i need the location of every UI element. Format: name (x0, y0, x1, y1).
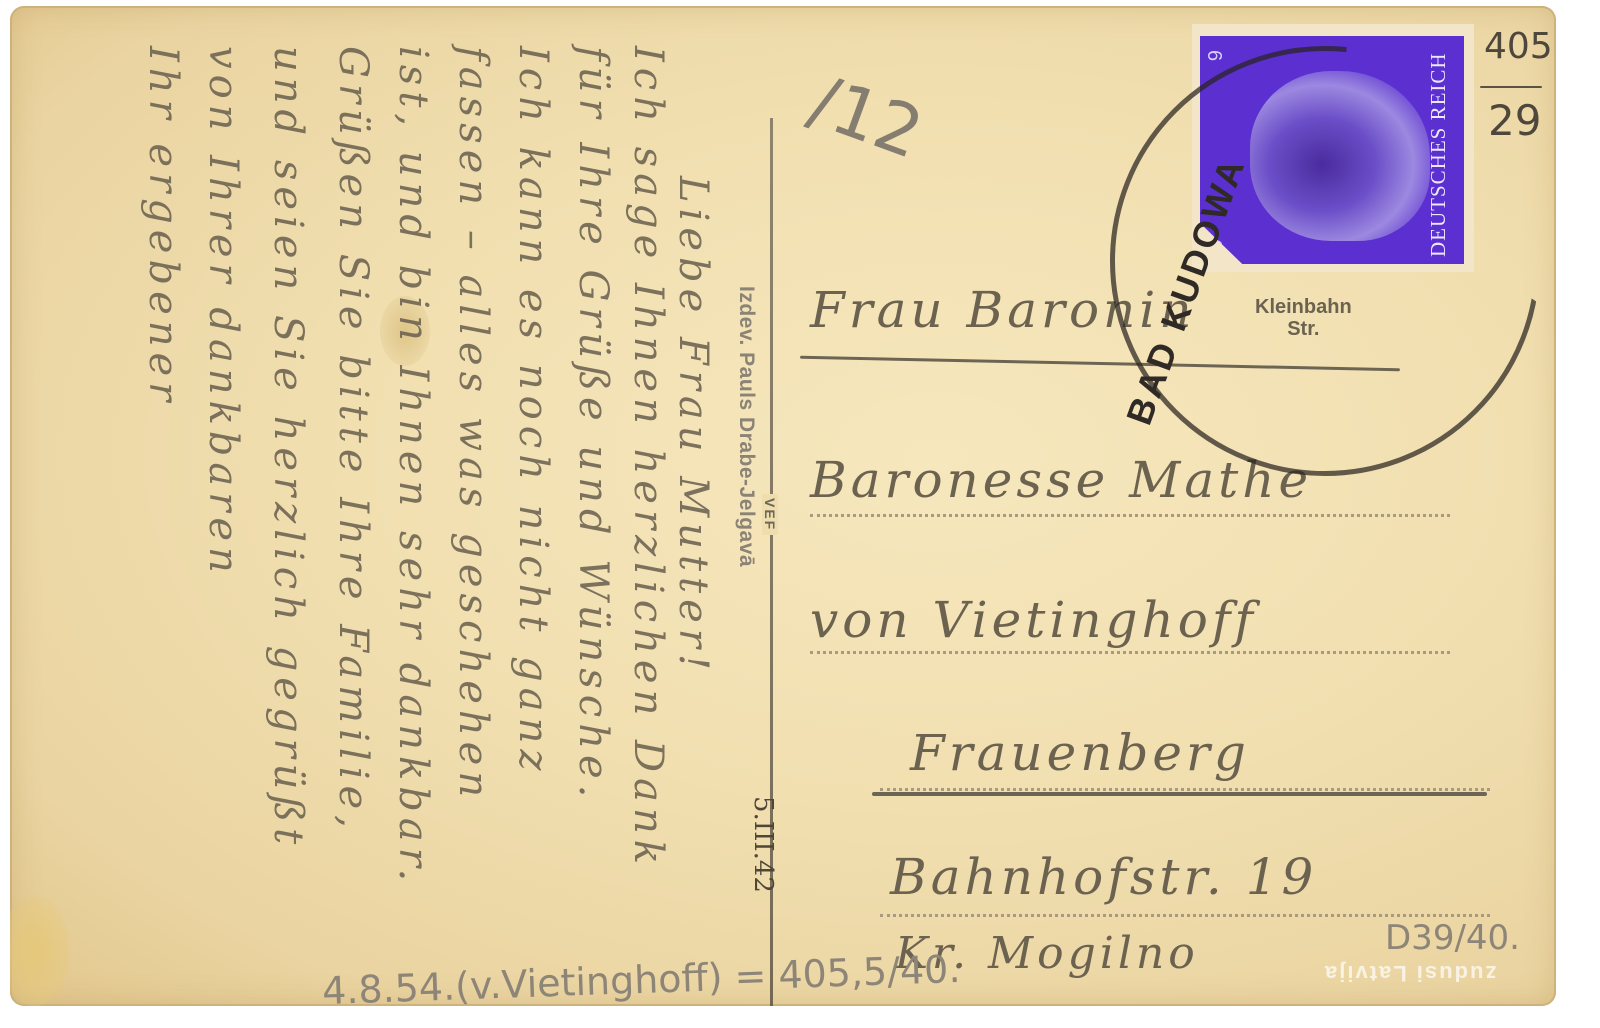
watermark: zudusi Latvija (1323, 960, 1496, 986)
address-rule (810, 651, 1450, 654)
postmark-inner-text: Kleinbahn Str. (1255, 296, 1352, 340)
stamp-country: DEUTSCHES REICH (1426, 50, 1454, 260)
address-line: Baronesse Mathe (810, 451, 1312, 509)
message-line: Ich sage Ihnen herzlichen Dank (625, 46, 671, 870)
maker-mark: VEF (762, 494, 778, 535)
message-line: von Ihrer dankbaren (200, 46, 246, 579)
stamp-value: 6 (1202, 50, 1225, 61)
message-line: Grüßen Sie bitte Ihre Familie, (330, 46, 376, 834)
address-line: von Vietinghoff (810, 591, 1257, 649)
address-line: Bahnhofstr. 19 (890, 848, 1317, 906)
address-line: Frauenberg (910, 724, 1250, 782)
publisher-imprint: Izdev. Pauls Drabe-Jelgavā (734, 286, 758, 567)
handwritten-message: Liebe Frau Mutter! Ich sage Ihnen herzli… (30, 26, 710, 986)
postmark-inner-line: Kleinbahn (1255, 296, 1352, 318)
message-line: fassen – alles was geschehen (450, 46, 496, 803)
message-line: Liebe Frau Mutter! (670, 176, 716, 676)
corner-reference-rule (1480, 86, 1542, 88)
address-rule (880, 788, 1490, 791)
address-rule (810, 514, 1450, 517)
date-written: 5.III.42 (748, 796, 778, 893)
postcard-reverse: Liebe Frau Mutter! Ich sage Ihnen herzli… (10, 6, 1556, 1006)
address-underline (872, 792, 1487, 796)
postmark-inner-line: Str. (1255, 318, 1352, 340)
top-mark: /12 (799, 59, 933, 175)
corner-reference-denominator: 29 (1488, 96, 1541, 145)
message-line: für Ihre Grüße und Wünsche. (570, 46, 616, 803)
message-line: und seien Sie herzlich gegrüßt (265, 46, 311, 850)
address-rule (880, 914, 1490, 917)
corner-reference-numerator: 405 (1484, 26, 1553, 67)
message-line: Ihr ergebener (140, 46, 186, 407)
pencil-note-bottom-right: D39/40. (1385, 918, 1520, 958)
message-line: ist, und bin Ihnen sehr dankbar. (390, 46, 436, 887)
message-line: Ich kann es noch nicht ganz (510, 46, 556, 776)
